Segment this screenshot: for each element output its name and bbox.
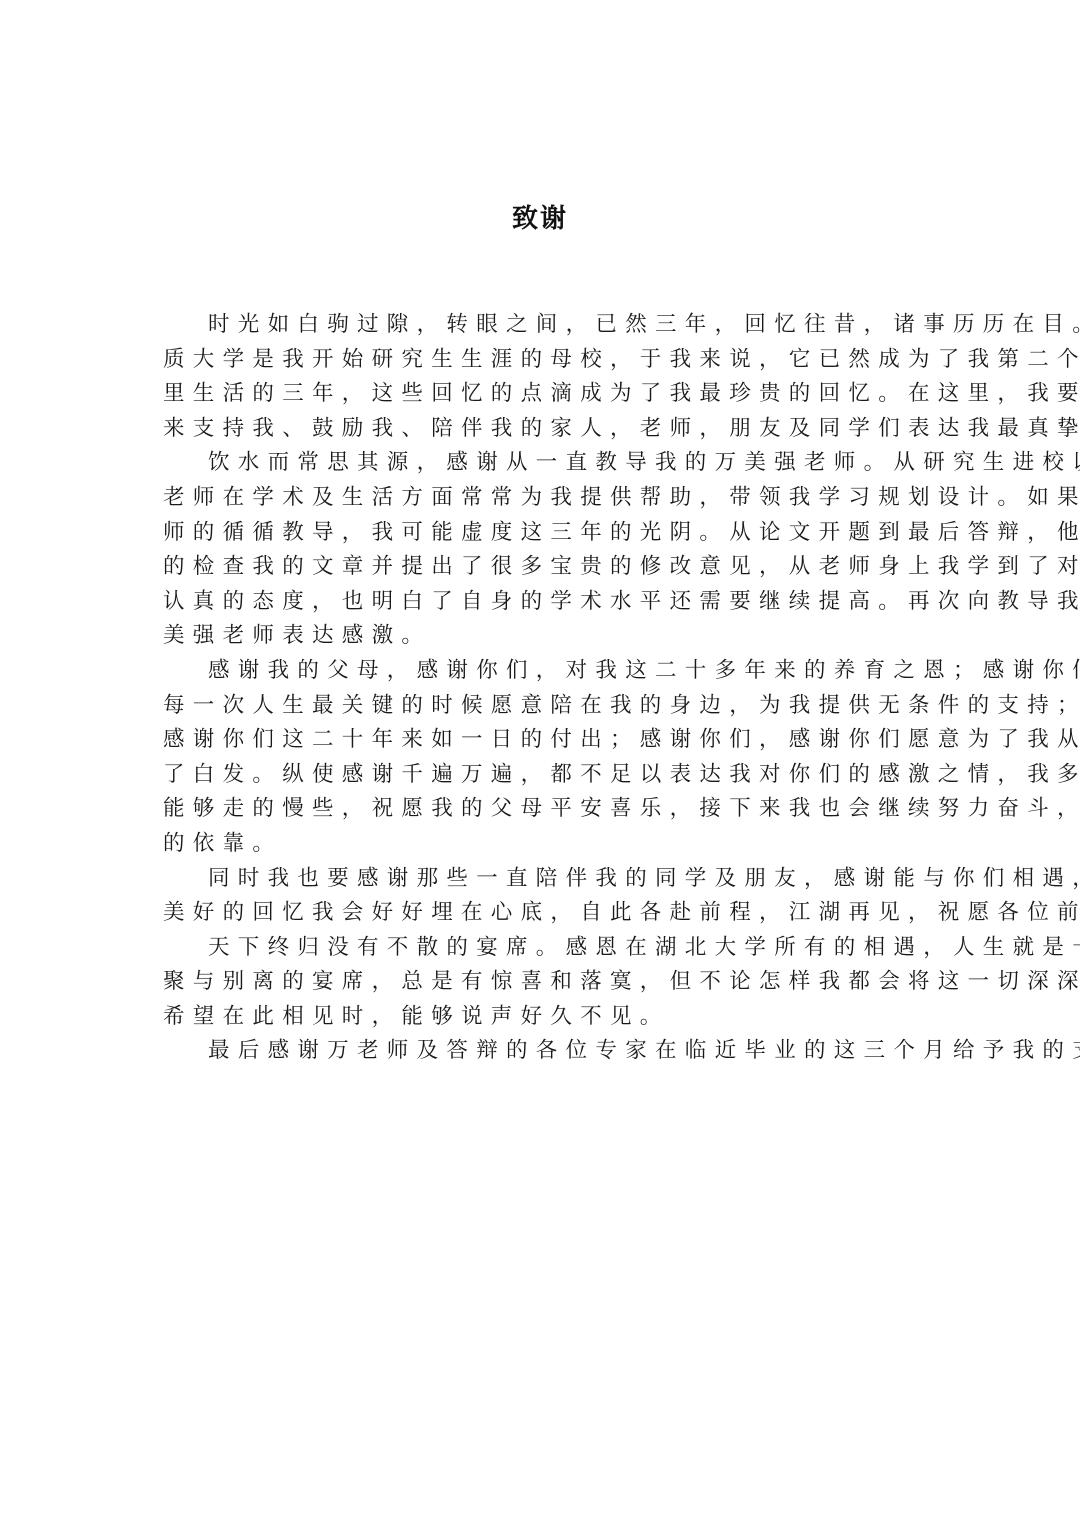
- text-line: 聚与别离的宴席，总是有惊喜和落寞，但不论怎样我都会将这一切深深记下，只: [163, 965, 923, 1000]
- document-page: 致谢 时光如白驹过隙，转眼之间，已然三年，回忆往昔，诸事历历在目。中国地 质大学…: [0, 0, 1080, 1528]
- text-line: 最后感谢万老师及答辩的各位专家在临近毕业的这三个月给予我的支持。: [163, 1034, 923, 1069]
- text-line: 饮水而常思其源，感谢从一直教导我的万美强老师。从研究生进校以来，万: [163, 446, 923, 481]
- text-line: 希望在此相见时，能够说声好久不见。: [163, 1000, 923, 1035]
- text-line: 的依靠。: [163, 827, 923, 862]
- text-line: 时光如白驹过隙，转眼之间，已然三年，回忆往昔，诸事历历在目。中国地: [163, 308, 923, 343]
- text-line: 美好的回忆我会好好埋在心底，自此各赴前程，江湖再见，祝愿各位前程无限。: [163, 896, 923, 931]
- text-line: 能够走的慢些，祝愿我的父母平安喜乐，接下来我也会继续努力奋斗，成为你们: [163, 792, 923, 827]
- text-line: 里生活的三年，这些回忆的点滴成为了我最珍贵的回忆。在这里，我要向一路走: [163, 377, 923, 412]
- text-line: 美强老师表达感激。: [163, 619, 923, 654]
- text-line: 质大学是我开始研究生生涯的母校，于我来说，它已然成为了我第二个家。在这: [163, 343, 923, 378]
- text-line: 每一次人生最关键的时候愿意陪在我的身边，为我提供无条件的支持；感谢你们，: [163, 689, 923, 724]
- paragraph-4: 同时我也要感谢那些一直陪伴我的同学及朋友，感谢能与你们相遇，与你们 美好的回忆我…: [163, 862, 923, 931]
- text-line: 来支持我、鼓励我、陪伴我的家人，老师，朋友及同学们表达我最真挚的祝福。: [163, 412, 923, 447]
- text-line: 认真的态度，也明白了自身的学术水平还需要继续提高。再次向教导我三年的万: [163, 585, 923, 620]
- paragraph-2: 饮水而常思其源，感谢从一直教导我的万美强老师。从研究生进校以来，万 老师在学术及…: [163, 446, 923, 654]
- paragraph-3: 感谢我的父母，感谢你们，对我这二十多年来的养育之恩；感谢你们，在我 每一次人生最…: [163, 654, 923, 862]
- page-title: 致谢: [0, 198, 1080, 235]
- text-line: 老师在学术及生活方面常常为我提供帮助，带领我学习规划设计。如果不是万老: [163, 481, 923, 516]
- paragraph-5: 天下终归没有不散的宴席。感恩在湖北大学所有的相遇，人生就是一场场相 聚与别离的宴…: [163, 931, 923, 1035]
- text-line: 了白发。纵使感谢千遍万遍，都不足以表达我对你们的感激之情，我多希望时间: [163, 758, 923, 793]
- paragraph-1: 时光如白驹过隙，转眼之间，已然三年，回忆往昔，诸事历历在目。中国地 质大学是我开…: [163, 308, 923, 446]
- text-line: 天下终归没有不散的宴席。感恩在湖北大学所有的相遇，人生就是一场场相: [163, 931, 923, 966]
- paragraph-6: 最后感谢万老师及答辩的各位专家在临近毕业的这三个月给予我的支持。: [163, 1034, 923, 1069]
- acknowledgement-body: 时光如白驹过隙，转眼之间，已然三年，回忆往昔，诸事历历在目。中国地 质大学是我开…: [163, 308, 923, 1069]
- text-line: 师的循循教导，我可能虚度这三年的光阴。从论文开题到最后答辩，他总是细致: [163, 516, 923, 551]
- text-line: 的检查我的文章并提出了很多宝贵的修改意见，从老师身上我学到了对学术严格: [163, 550, 923, 585]
- text-line: 同时我也要感谢那些一直陪伴我的同学及朋友，感谢能与你们相遇，与你们: [163, 862, 923, 897]
- text-line: 感谢我的父母，感谢你们，对我这二十多年来的养育之恩；感谢你们，在我: [163, 654, 923, 689]
- text-line: 感谢你们这二十年来如一日的付出；感谢你们，感谢你们愿意为了我从黑发变成: [163, 723, 923, 758]
